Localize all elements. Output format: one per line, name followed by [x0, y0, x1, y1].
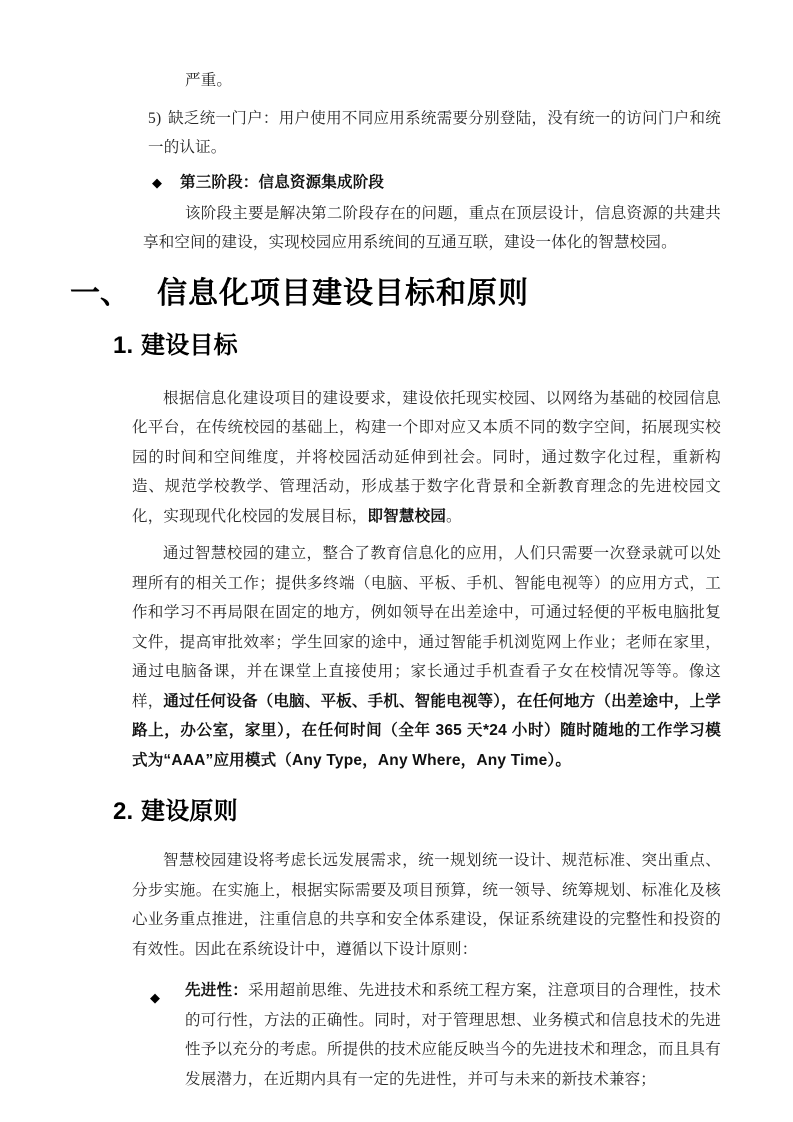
list-item-5-text: 缺乏统一门户：用户使用不同应用系统需要分别登陆，没有统一的访问门户和统一的认证。 [148, 110, 721, 157]
list-item-5-marker: 5) [148, 104, 168, 134]
list-item-5: 5)缺乏统一门户：用户使用不同应用系统需要分别登陆，没有统一的访问门户和统一的认… [148, 104, 721, 163]
heading-principles: 2.建设原则 [113, 795, 793, 828]
principle-item: ◆先进性：采用超前思维、先进技术和系统工程方案，注意项目的合理性，技术的可行性，… [150, 976, 721, 1094]
heading-goal-title: 建设目标 [141, 332, 238, 359]
principle-paragraph: 智慧校园建设将考虑长远发展需求，统一规划统一设计、规范标准、突出重点、分步实施。… [132, 846, 721, 964]
principle-item-text: 先进性：采用超前思维、先进技术和系统工程方案，注意项目的合理性，技术的可行性，方… [185, 982, 721, 1088]
heading-principles-number: 2. [113, 795, 141, 828]
heading-goal: 1.建设目标 [113, 329, 793, 362]
document-page: 严重。 5)缺乏统一门户：用户使用不同应用系统需要分别登陆，没有统一的访问门户和… [0, 0, 793, 1122]
goal-paragraph-1: 根据信息化建设项目的建设要求，建设依托现实校园、以网络为基础的校园信息化平台，在… [132, 384, 721, 532]
heading-1-number: 一、 [70, 273, 157, 315]
stage-bullet-title: 第三阶段：信息资源集成阶段 [180, 174, 384, 191]
stage-paragraph: 该阶段主要是解决第二阶段存在的问题，重点在顶层设计，信息资源的共建共享和空间的建… [143, 199, 721, 258]
goal-paragraph-2: 通过智慧校园的建立，整合了教育信息化的应用，人们只需要一次登录就可以处理所有的相… [132, 539, 721, 775]
diamond-bullet-icon: ◆ [152, 169, 180, 199]
heading-principles-title: 建设原则 [141, 798, 238, 825]
heading-goal-number: 1. [113, 329, 141, 362]
heading-1-title: 信息化项目建设目标和原则 [157, 277, 529, 310]
stage-bullet-item: ◆第三阶段：信息资源集成阶段 [152, 168, 793, 199]
carryover-line: 严重。 [185, 66, 793, 96]
diamond-bullet-icon: ◆ [150, 984, 160, 1014]
heading-1: 一、信息化项目建设目标和原则 [70, 273, 793, 315]
